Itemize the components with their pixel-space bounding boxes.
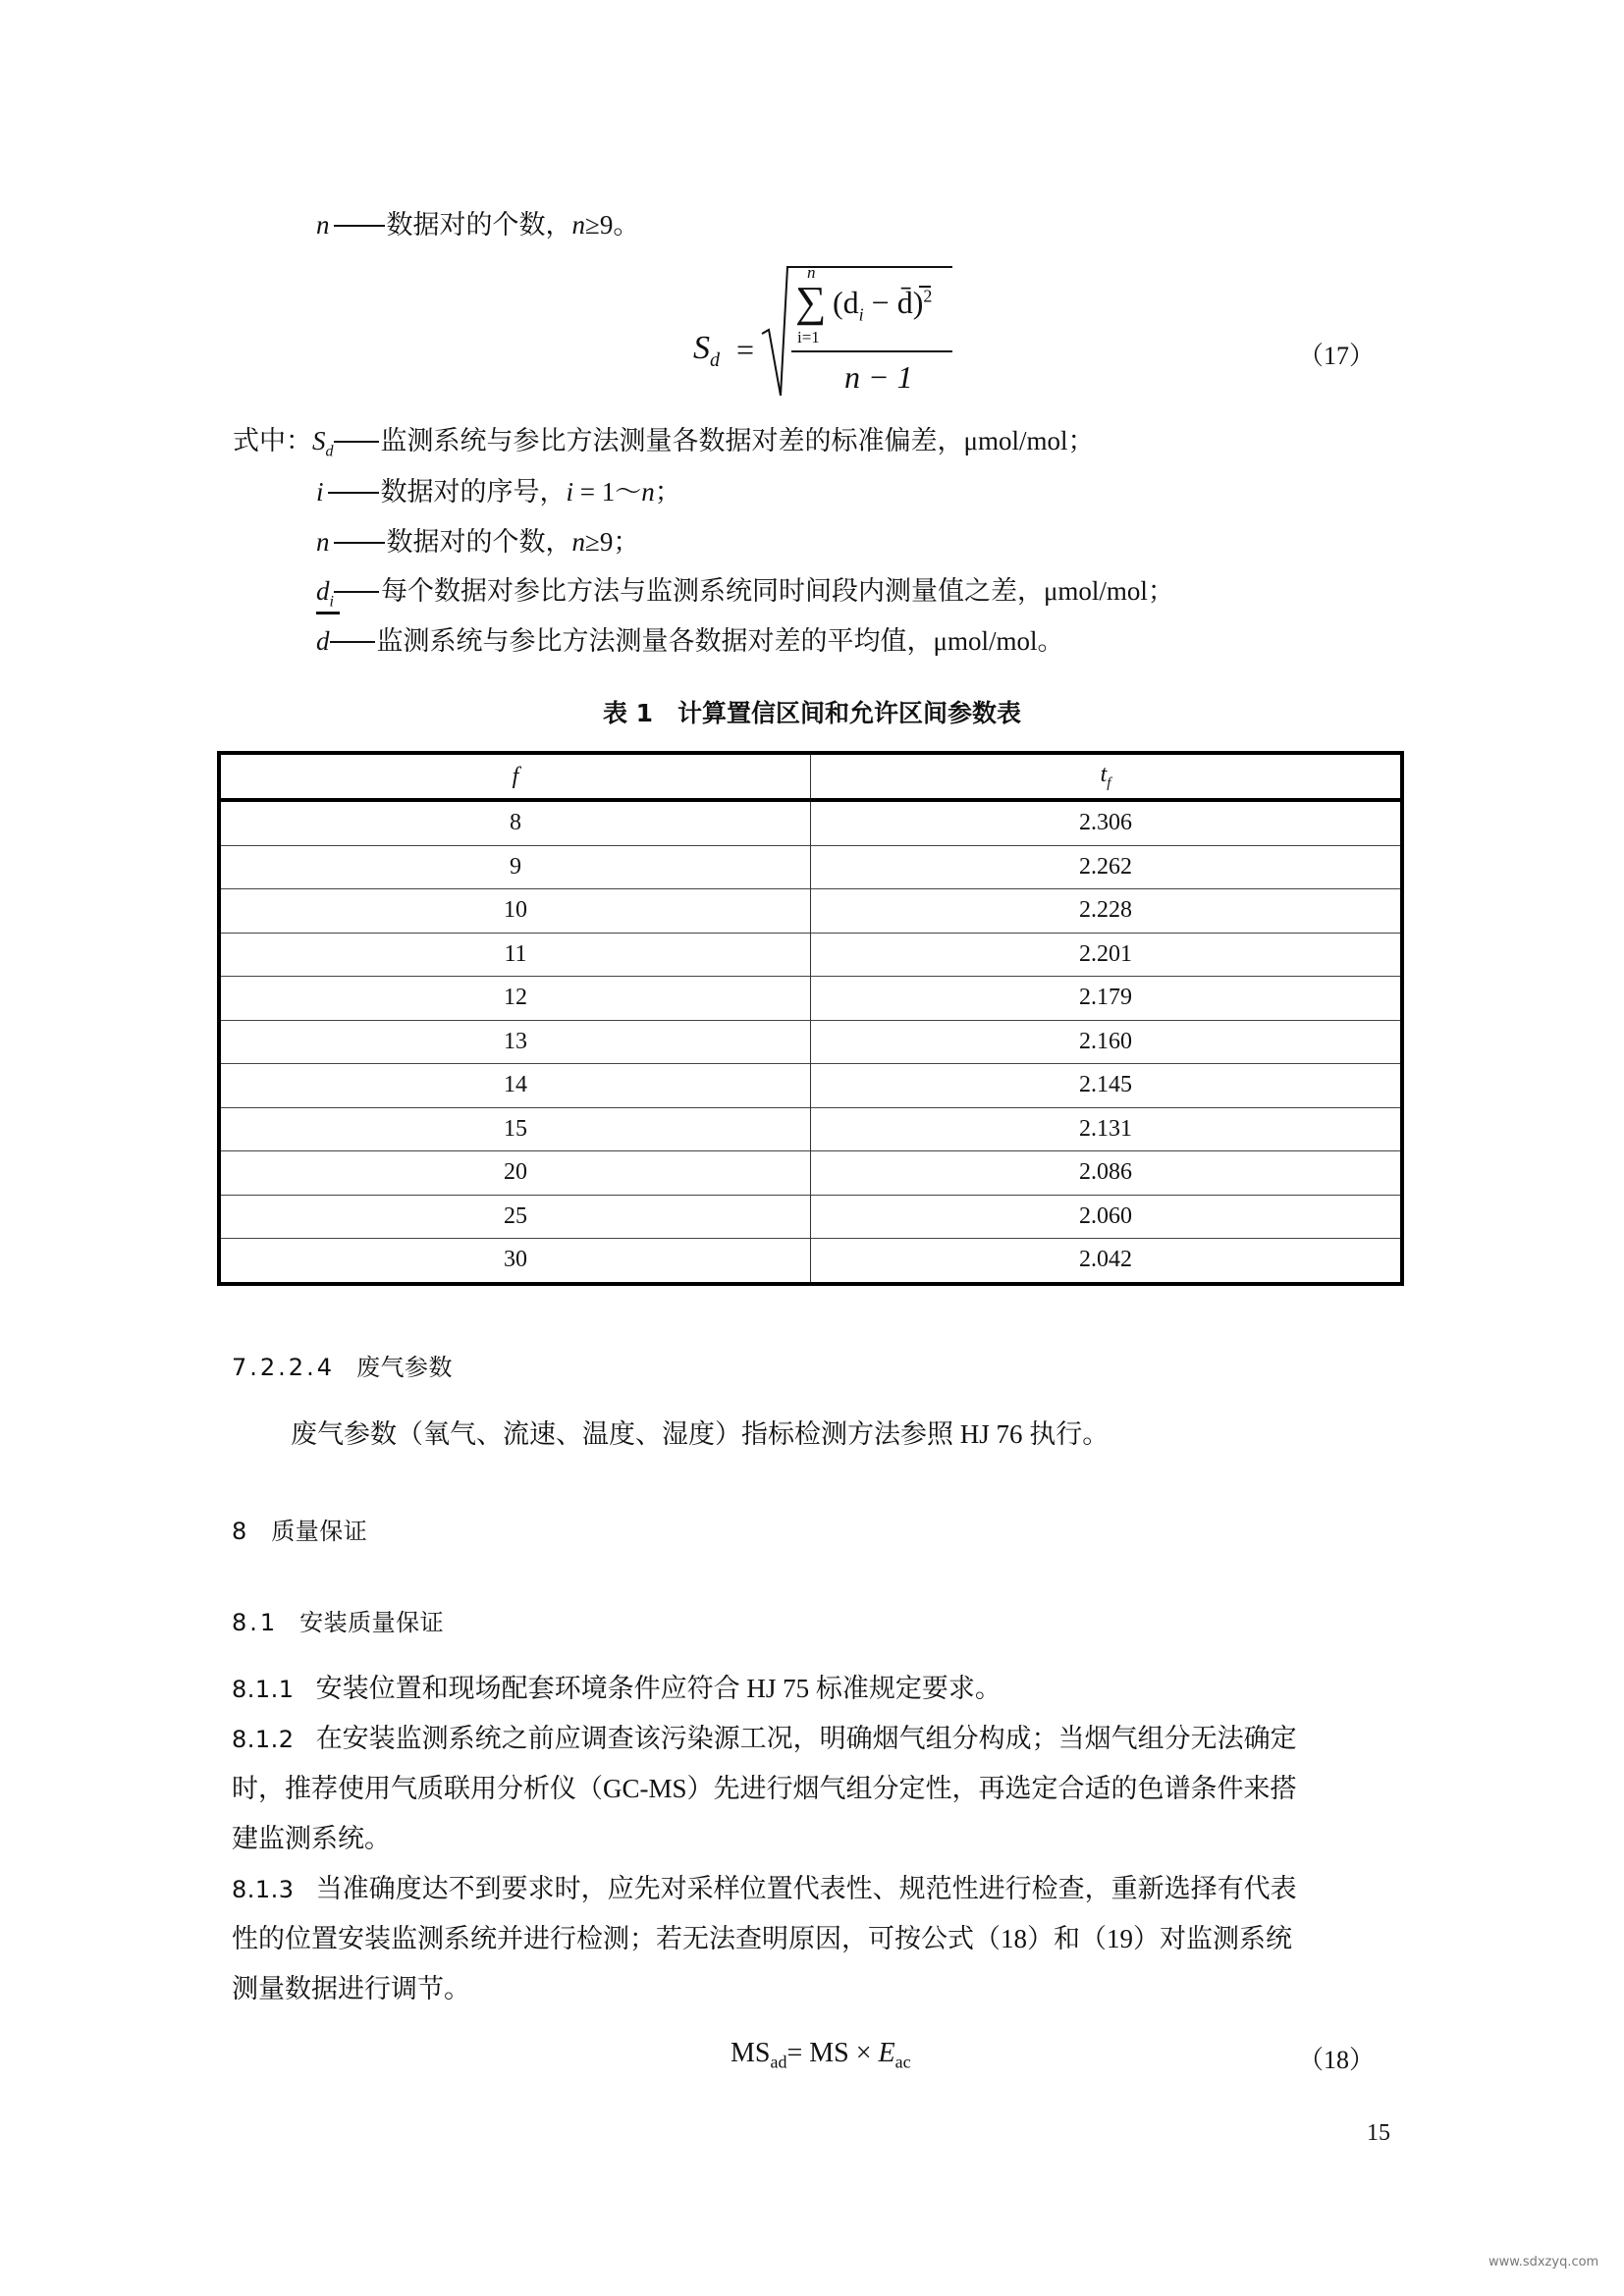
em-dash bbox=[330, 641, 375, 643]
definition-text: 数据对的序号， bbox=[381, 477, 567, 507]
table-row: 302.042 bbox=[219, 1239, 1402, 1284]
em-dash bbox=[334, 225, 385, 227]
definition-di: di每个数据对参比方法与监测系统同时间段内测量值之差，μmol/mol； bbox=[316, 574, 1174, 618]
cell-f: 15 bbox=[219, 1107, 811, 1151]
em-dash bbox=[328, 492, 379, 494]
clause-812-line-3: 建监测系统。 bbox=[232, 1822, 391, 1855]
clause-813-line-2: 性的位置安装监测系统并进行检测；若无法查明原因，可按公式（18）和（19）对监测… bbox=[232, 1922, 1292, 1955]
section-title: 废气参数 bbox=[356, 1354, 453, 1381]
clause-number: 8.1.3 bbox=[232, 1876, 295, 1903]
clause-text: 在安装监测系统之前应调查该污染源工况，明确烟气组分构成；当烟气组分无法确定 bbox=[316, 1724, 1297, 1753]
page-number: 15 bbox=[1367, 2120, 1390, 2147]
definition-text: 数据对的个数， bbox=[387, 527, 572, 557]
cell-tf: 2.042 bbox=[811, 1239, 1403, 1284]
cell-f: 11 bbox=[219, 933, 811, 977]
clause-813-line-3: 测量数据进行调节。 bbox=[232, 1972, 470, 2005]
symbol-i: i bbox=[567, 477, 574, 507]
table-row: 252.060 bbox=[219, 1195, 1402, 1239]
symbol-dbar: d bbox=[316, 626, 330, 656]
definitions-prefix: 式中： bbox=[233, 426, 312, 455]
clause-text: 当准确度达不到要求时，应先对采样位置代表性、规范性进行检查，重新选择有代表 bbox=[316, 1874, 1297, 1903]
equation-number-18: （18） bbox=[1298, 2040, 1375, 2076]
definition-text: 监测系统与参比方法测量各数据对差的标准偏差，μmol/mol； bbox=[381, 426, 1095, 455]
section-heading-7224: 7.2.2.4废气参数 bbox=[232, 1348, 453, 1382]
section-heading-8: 8质量保证 bbox=[232, 1512, 367, 1546]
table-row: 132.160 bbox=[219, 1020, 1402, 1064]
table-caption: 表 1 计算置信区间和允许区间参数表 bbox=[0, 694, 1624, 729]
symbol-n: n bbox=[316, 210, 330, 240]
cell-f: 12 bbox=[219, 977, 811, 1021]
cell-tf: 2.306 bbox=[811, 800, 1403, 845]
definition-dbar: d监测系统与参比方法测量各数据对差的平均值，μmol/mol。 bbox=[316, 624, 1063, 658]
symbol-n: n bbox=[316, 527, 330, 557]
equation-number-17: （17） bbox=[1298, 336, 1375, 372]
table-row: 102.228 bbox=[219, 889, 1402, 934]
cell-tf: 2.201 bbox=[811, 933, 1403, 977]
cell-tf: 2.131 bbox=[811, 1107, 1403, 1151]
cell-tf: 2.060 bbox=[811, 1195, 1403, 1239]
watermark: www.sdxzyq.com bbox=[1489, 2255, 1598, 2269]
clause-813: 8.1.3当准确度达不到要求时，应先对采样位置代表性、规范性进行检查，重新选择有… bbox=[232, 1872, 1297, 1906]
cell-f: 20 bbox=[219, 1151, 811, 1196]
cell-tf: 2.179 bbox=[811, 977, 1403, 1021]
symbol-i: i bbox=[316, 477, 324, 507]
mean-bar-icon bbox=[316, 612, 340, 614]
cell-f: 10 bbox=[219, 889, 811, 934]
table-row: 82.306 bbox=[219, 800, 1402, 845]
em-dash bbox=[334, 591, 379, 593]
numerator: (di − d̄)2 bbox=[833, 285, 932, 325]
cell-f: 8 bbox=[219, 800, 811, 845]
table-row: 152.131 bbox=[219, 1107, 1402, 1151]
definition-text: 数据对的个数， bbox=[387, 210, 572, 240]
clause-812-line-2: 时，推荐使用气质联用分析仪（GC-MS）先进行烟气组分定性，再选定合适的色谱条件… bbox=[232, 1772, 1297, 1805]
range-text: = 1～ bbox=[573, 477, 641, 507]
punctuation: ； bbox=[655, 477, 681, 507]
header-f: f bbox=[219, 753, 811, 800]
definition-n: n数据对的个数，n≥9； bbox=[316, 525, 639, 559]
cell-f: 30 bbox=[219, 1239, 811, 1284]
radical-sign bbox=[687, 263, 982, 400]
section-number: 7.2.2.4 bbox=[232, 1354, 335, 1381]
section-number: 8.1 bbox=[232, 1609, 278, 1636]
cell-f: 25 bbox=[219, 1195, 811, 1239]
em-dash bbox=[334, 441, 379, 443]
symbol-n: n bbox=[572, 210, 586, 240]
em-dash bbox=[334, 542, 385, 544]
definition-text: 每个数据对参比方法与监测系统同时间段内测量值之差，μmol/mol； bbox=[381, 576, 1174, 606]
symbol-sd: Sd bbox=[312, 426, 334, 455]
cell-tf: 2.145 bbox=[811, 1064, 1403, 1108]
denominator: n − 1 bbox=[844, 359, 913, 396]
table-row: 142.145 bbox=[219, 1064, 1402, 1108]
sum-lower-limit: i=1 bbox=[797, 328, 820, 347]
cell-tf: 2.086 bbox=[811, 1151, 1403, 1196]
clause-number: 8.1.2 bbox=[232, 1726, 295, 1753]
formula-17: Sd = n ∑ i=1 (di − d̄)2 n − 1 bbox=[687, 263, 982, 400]
table-row: 122.179 bbox=[219, 977, 1402, 1021]
cell-tf: 2.228 bbox=[811, 889, 1403, 934]
condition-text: ≥9。 bbox=[585, 210, 639, 240]
cell-f: 9 bbox=[219, 845, 811, 889]
formula-lhs: Sd bbox=[693, 330, 720, 372]
clause-text: 安装位置和现场配套环境条件应符合 HJ 75 标准规定要求。 bbox=[316, 1674, 1001, 1703]
symbol-n: n bbox=[572, 527, 586, 557]
equals-sign: = bbox=[736, 332, 754, 368]
table-row: 112.201 bbox=[219, 933, 1402, 977]
section-title: 质量保证 bbox=[271, 1518, 367, 1545]
parameter-table: f tf 82.306 92.262 102.228 112.201 122.1… bbox=[217, 751, 1404, 1286]
symbol-n: n bbox=[641, 477, 655, 507]
condition-text: ≥9； bbox=[585, 527, 639, 557]
formula-18: MSad= MS × Eac bbox=[731, 2038, 911, 2073]
section-number: 8 bbox=[232, 1518, 249, 1545]
definition-n-continued: n数据对的个数，n≥9。 bbox=[316, 208, 639, 241]
definition-text: 监测系统与参比方法测量各数据对差的平均值，μmol/mol。 bbox=[377, 626, 1064, 656]
symbol-di: di bbox=[316, 576, 334, 606]
definition-sd: 式中：Sd监测系统与参比方法测量各数据对差的标准偏差，μmol/mol； bbox=[233, 424, 1094, 468]
definition-i: i数据对的序号，i = 1～n； bbox=[316, 475, 681, 508]
cell-f: 13 bbox=[219, 1020, 811, 1064]
header-tf: tf bbox=[811, 753, 1403, 800]
clause-number: 8.1.1 bbox=[232, 1676, 295, 1703]
table-header-row: f tf bbox=[219, 753, 1402, 800]
table-row: 202.086 bbox=[219, 1151, 1402, 1196]
clause-811: 8.1.1安装位置和现场配套环境条件应符合 HJ 75 标准规定要求。 bbox=[232, 1672, 1001, 1706]
table-row: 92.262 bbox=[219, 845, 1402, 889]
cell-f: 14 bbox=[219, 1064, 811, 1108]
section-heading-81: 8.1安装质量保证 bbox=[232, 1603, 444, 1637]
sigma-icon: ∑ bbox=[795, 277, 826, 327]
clause-812: 8.1.2在安装监测系统之前应调查该污染源工况，明确烟气组分构成；当烟气组分无法… bbox=[232, 1722, 1297, 1756]
cell-tf: 2.262 bbox=[811, 845, 1403, 889]
cell-tf: 2.160 bbox=[811, 1020, 1403, 1064]
section-7224-body: 废气参数（氧气、流速、温度、湿度）指标检测方法参照 HJ 76 执行。 bbox=[291, 1417, 1109, 1451]
section-title: 安装质量保证 bbox=[299, 1609, 444, 1636]
